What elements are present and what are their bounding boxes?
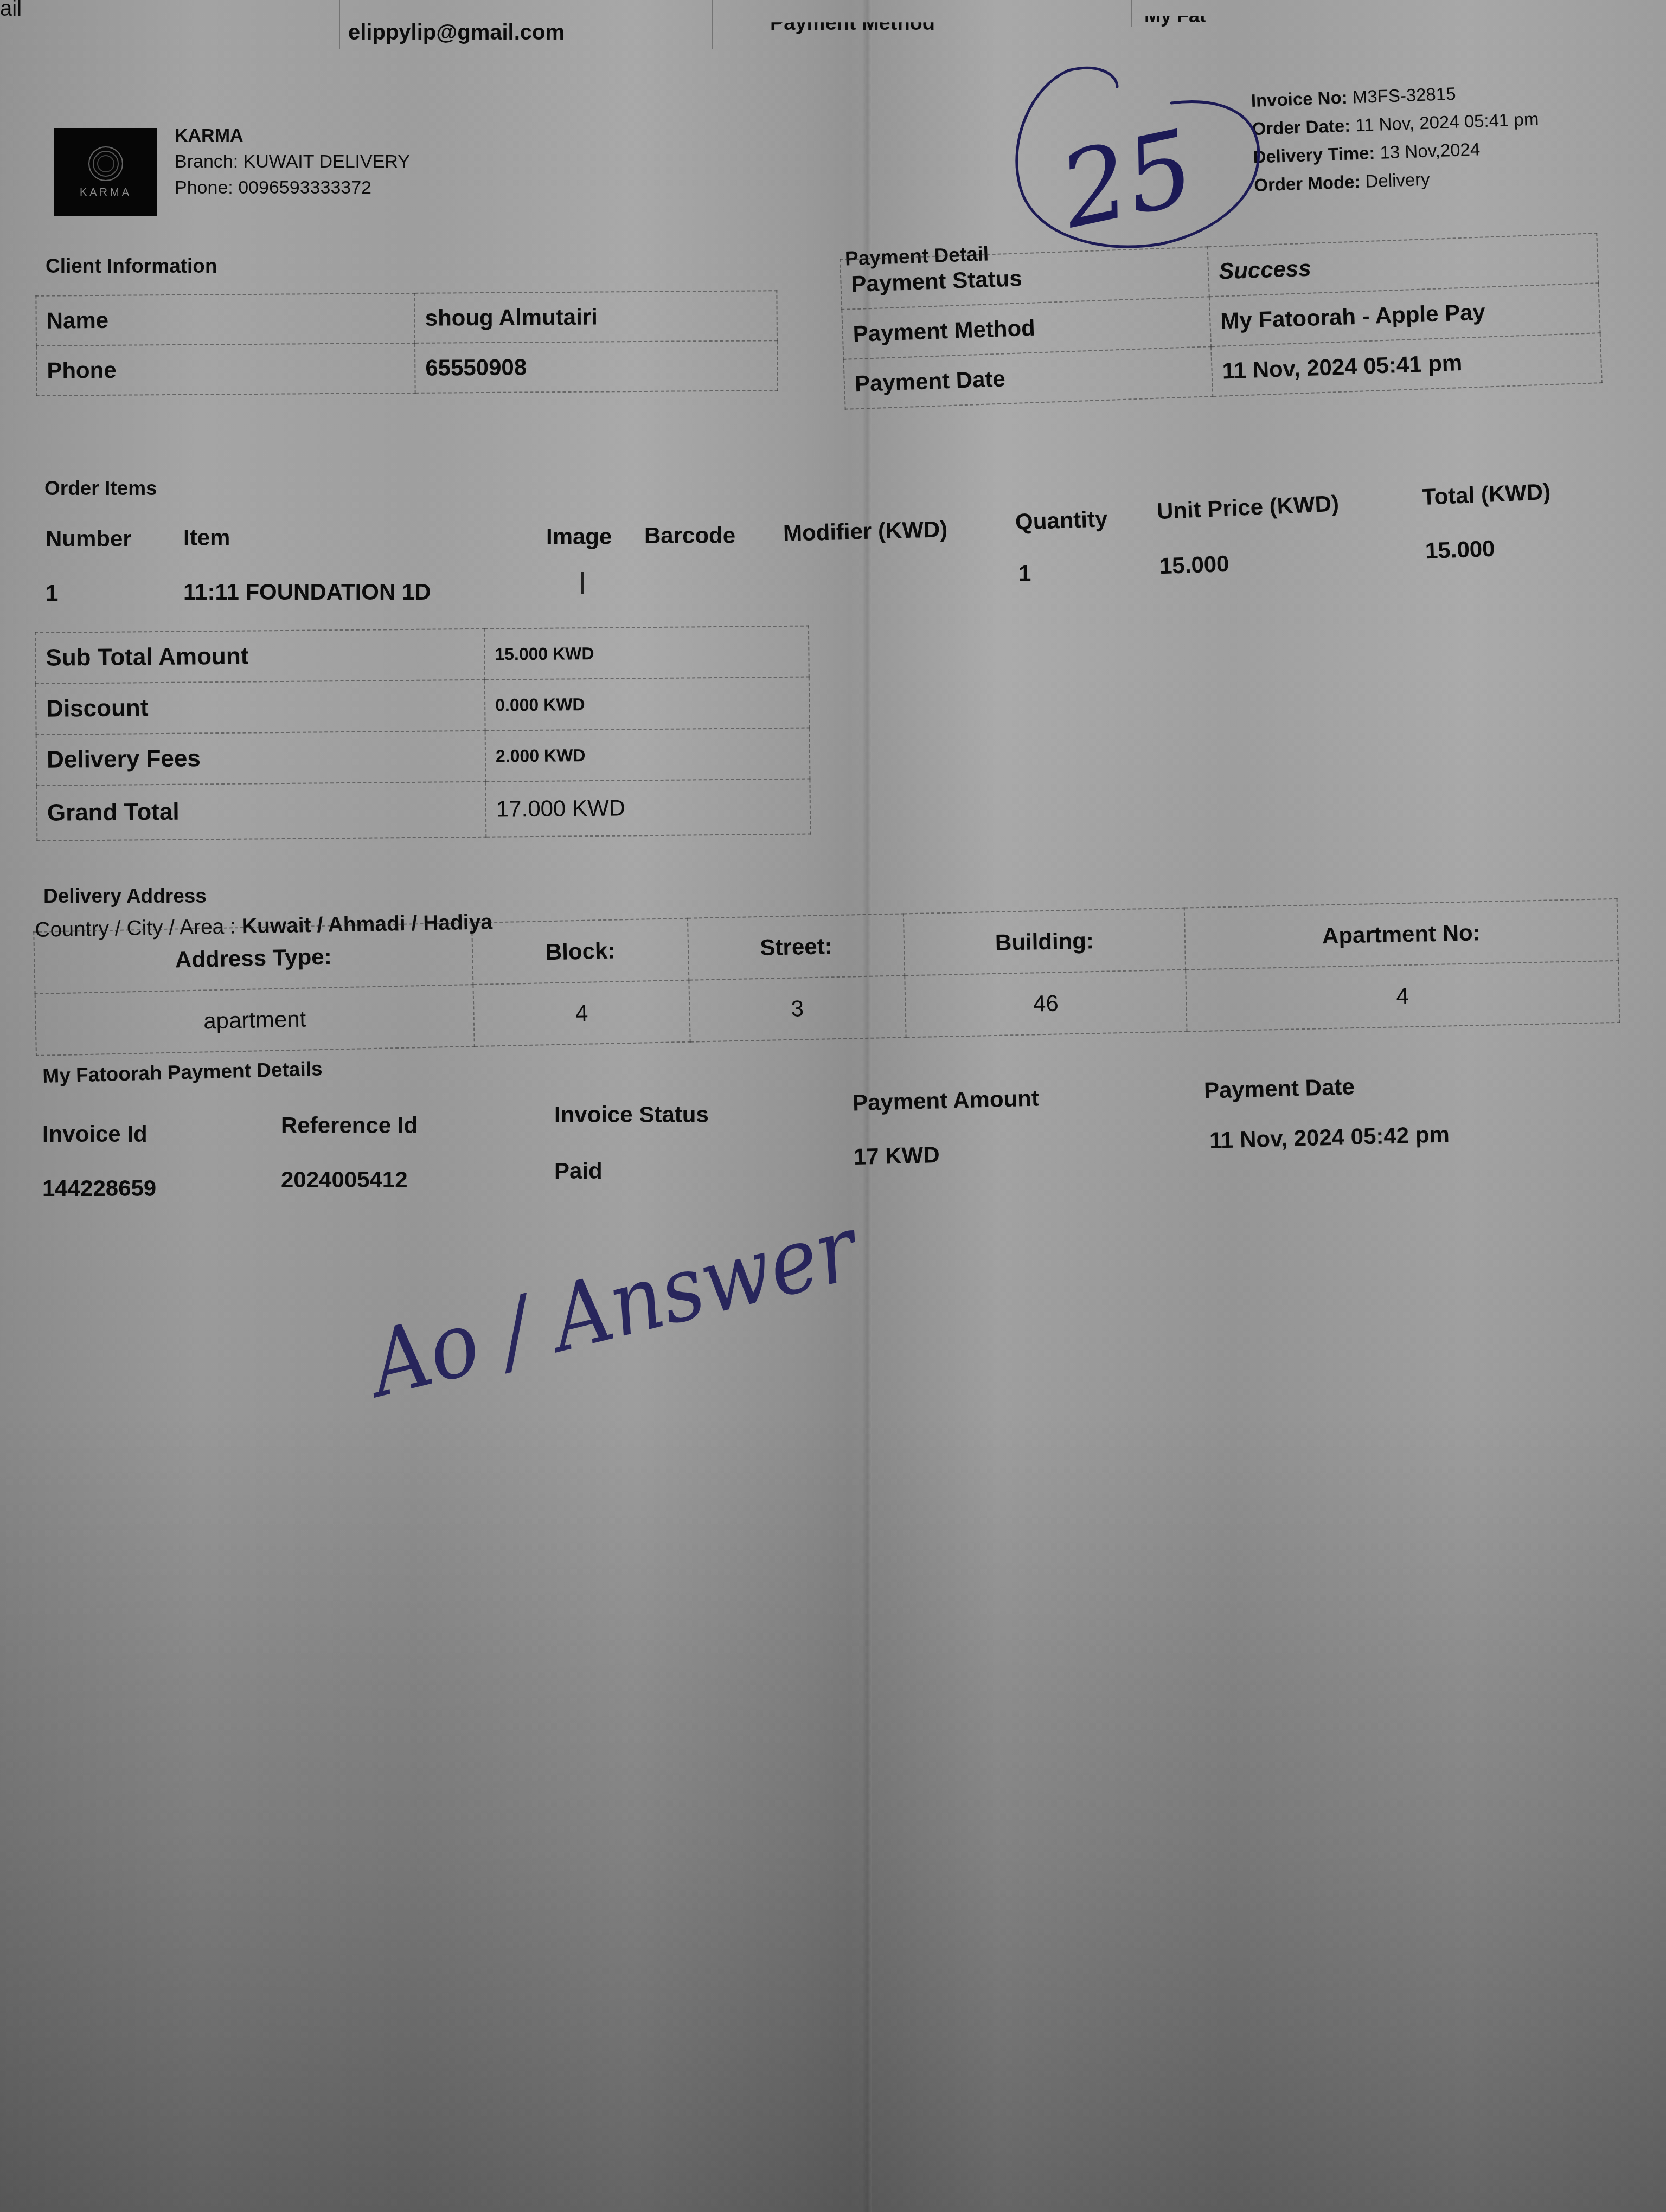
block-header: Block: [472,918,689,985]
invoice-no: M3FS-32815 [1352,83,1456,107]
logo-wordmark: KARMA [80,187,132,199]
col-barcode: Barcode [644,523,735,549]
shop-phone: Phone: 0096593333372 [175,175,410,201]
delivery-address-title: Delivery Address [43,885,207,908]
table-row: Sub Total Amount 15.000 KWD [35,626,809,684]
invoice-id-header: Invoice Id [42,1121,148,1147]
order-date: 11 Nov, 2024 05:41 pm [1355,109,1539,136]
street-header: Street: [688,914,905,980]
handwritten-number: 25 [1050,107,1203,252]
table-row: Delivery Fees 2.000 KWD [36,728,810,786]
table-border [712,0,713,49]
table-row: Name shoug Almutairi [36,291,777,346]
col-modifier: Modifier (KWD) [783,516,947,546]
item-total: 15.000 [1425,536,1495,564]
discount-value: 0.000 KWD [485,677,810,731]
totals-table: Sub Total Amount 15.000 KWD Discount 0.0… [35,626,811,841]
payment-detail-table: Payment Status Success Payment Method My… [840,233,1603,410]
client-name-label: Name [36,293,415,346]
address-type-value: apartment [35,985,475,1056]
payment-amount-value: 17 KWD [853,1142,940,1170]
item-quantity: 1 [1018,561,1031,587]
client-info-table: Name shoug Almutairi Phone 65550908 [35,290,778,396]
payment-amount-header: Payment Amount [852,1085,1039,1116]
discount-label: Discount [36,680,485,735]
table-row: Grand Total 17.000 KWD [36,779,810,841]
order-mode-label: Order Mode: [1254,171,1361,195]
shop-info: KARMA Branch: KUWAIT DELIVERY Phone: 009… [175,123,410,201]
order-date-label: Order Date: [1252,115,1351,139]
payment-date-header: Payment Date [1203,1073,1355,1103]
table-border [1131,0,1132,27]
item-name: 11:11 FOUNDATION 1D [183,579,431,605]
street-value: 3 [689,975,906,1041]
col-image: Image [546,524,612,550]
delivery-fees-label: Delivery Fees [36,731,486,786]
grand-total-value: 17.000 KWD [485,779,810,837]
building-value: 46 [905,970,1187,1038]
table-border [339,0,340,49]
building-header: Building: [904,908,1186,976]
handwritten-note: Ao / Answer [360,1197,867,1417]
previous-page-fragment: ail [0,0,22,21]
delivery-time: 13 Nov,2024 [1380,139,1481,162]
shop-name: KARMA [175,123,410,149]
paper-shadow [0,1410,1666,2212]
client-name-value: shoug Almutairi [414,291,777,343]
col-unit-price: Unit Price (KWD) [1156,491,1340,525]
subtotal-label: Sub Total Amount [35,629,485,684]
previous-email: elippylip@gmail.com [348,21,565,45]
previous-payment-method-value: My Fatoo... [1144,4,1246,27]
block-value: 4 [473,980,690,1046]
client-info-title: Client Information [46,255,217,278]
col-item: Item [183,525,230,551]
delivery-time-label: Delivery Time: [1253,143,1375,167]
payment-date-value: 11 Nov, 2024 05:42 pm [1209,1121,1450,1154]
invoice-id-value: 144228659 [42,1175,156,1201]
table-row: Discount 0.000 KWD [36,677,810,735]
address-type-header: Address Type: [34,923,473,994]
invoice-status-value: Paid [554,1158,603,1184]
item-unit-price: 15.000 [1159,551,1229,579]
item-image-placeholder [581,572,584,594]
col-quantity: Quantity [1015,506,1108,535]
shop-branch: Branch: KUWAIT DELIVERY [175,149,410,175]
order-meta: Invoice No: M3FS-32815 Order Date: 11 No… [1251,77,1541,200]
order-mode: Delivery [1365,169,1430,191]
myfatoorah-title: My Fatoorah Payment Details [42,1057,323,1087]
reference-id-header: Reference Id [281,1113,418,1139]
client-phone-label: Phone [36,343,415,396]
invoice-no-label: Invoice No: [1251,87,1348,111]
apartment-no-value: 4 [1186,961,1619,1032]
grand-total-label: Grand Total [36,782,486,841]
logo-emblem-icon [88,146,123,181]
previous-page-strip: ail elippylip@gmail.com Payment Method M… [0,0,1666,49]
delivery-fees-value: 2.000 KWD [485,728,810,782]
subtotal-value: 15.000 KWD [484,626,809,680]
previous-payment-method-label: Payment Method [770,12,935,35]
apartment-no-header: Apartment No: [1184,899,1618,970]
client-phone-value: 65550908 [415,340,778,393]
karma-logo: KARMA [54,128,157,216]
invoice-status-header: Invoice Status [554,1102,709,1128]
order-items-title: Order Items [44,477,157,500]
item-number: 1 [46,580,58,606]
table-row: Phone 65550908 [36,340,778,396]
reference-id-value: 2024005412 [281,1167,408,1193]
col-number: Number [46,526,132,552]
col-total: Total (KWD) [1421,479,1551,510]
